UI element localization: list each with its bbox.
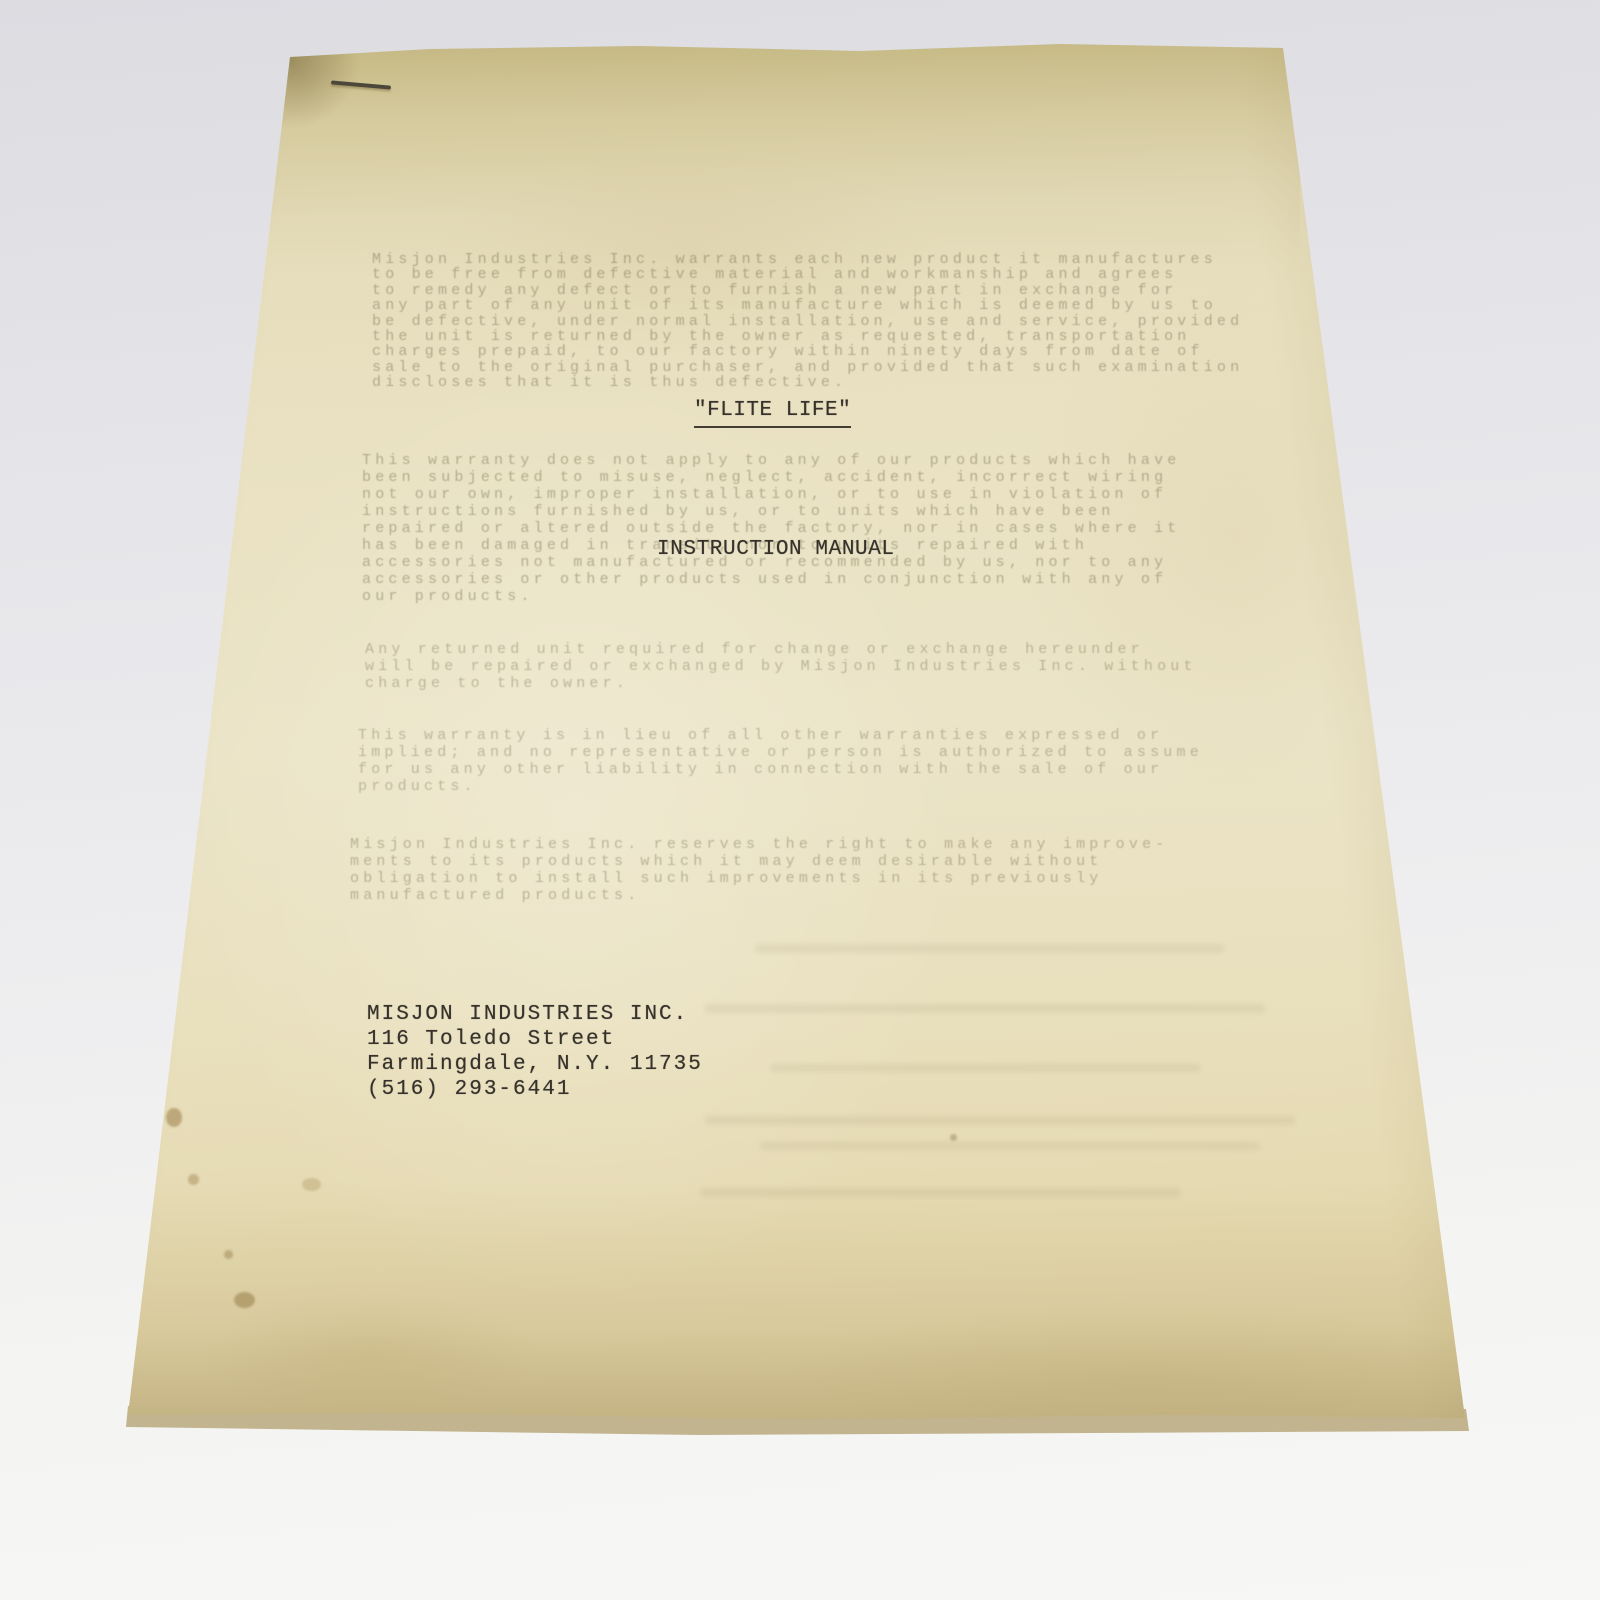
stain-spot bbox=[1330, 118, 1339, 127]
age-blotch bbox=[200, 1290, 540, 1420]
showthrough-exclusions-paragraph: This warranty does not apply to any of o… bbox=[362, 452, 1272, 605]
document-subtitle: INSTRUCTION MANUAL bbox=[657, 538, 895, 561]
company-name: MISJON INDUSTRIES INC. bbox=[367, 1002, 703, 1027]
showthrough-smudge bbox=[705, 1116, 1295, 1125]
paper-left-shading bbox=[0, 30, 299, 1458]
paper-right-shading bbox=[1231, 20, 1569, 1457]
document-title: "FLITE LIFE" bbox=[694, 399, 851, 428]
stain-spot bbox=[224, 1250, 233, 1259]
phone-line: (516) 293-6441 bbox=[367, 1077, 703, 1102]
showthrough-smudge bbox=[770, 1064, 1200, 1072]
showthrough-smudge bbox=[700, 1188, 1180, 1197]
showthrough-smudge bbox=[705, 1004, 1265, 1013]
stain-spot bbox=[188, 1174, 199, 1185]
document-title-text: "FLITE LIFE" bbox=[694, 399, 851, 428]
showthrough-lieu-paragraph: This warranty is in lieu of all other wa… bbox=[358, 727, 1268, 795]
stain-spot bbox=[166, 1108, 182, 1127]
stain-spot bbox=[302, 1178, 321, 1191]
street-line: 116 Toledo Street bbox=[367, 1027, 703, 1052]
publisher-block: MISJON INDUSTRIES INC. 116 Toledo Street… bbox=[367, 1002, 703, 1102]
paper-bottom-shading bbox=[100, 1180, 1500, 1420]
showthrough-warranty-paragraph: Misjon Industries Inc. warrants each new… bbox=[372, 252, 1272, 391]
manual-cover-page: Misjon Industries Inc. warrants each new… bbox=[0, 0, 1600, 1600]
showthrough-smudge bbox=[755, 944, 1225, 953]
stain-spot bbox=[234, 1292, 255, 1308]
stain-spot bbox=[950, 1134, 957, 1141]
photo-background: Misjon Industries Inc. warrants each new… bbox=[0, 0, 1600, 1600]
paper-top-shading bbox=[270, 40, 1300, 270]
city-line: Farmingdale, N.Y. 11735 bbox=[367, 1052, 703, 1077]
showthrough-improvements-paragraph: Misjon Industries Inc. reserves the righ… bbox=[350, 836, 1260, 904]
staple bbox=[331, 80, 391, 89]
bent-corner-shading bbox=[282, 48, 372, 128]
showthrough-smudge bbox=[760, 1142, 1260, 1150]
showthrough-returns-paragraph: Any returned unit required for change or… bbox=[365, 641, 1265, 692]
